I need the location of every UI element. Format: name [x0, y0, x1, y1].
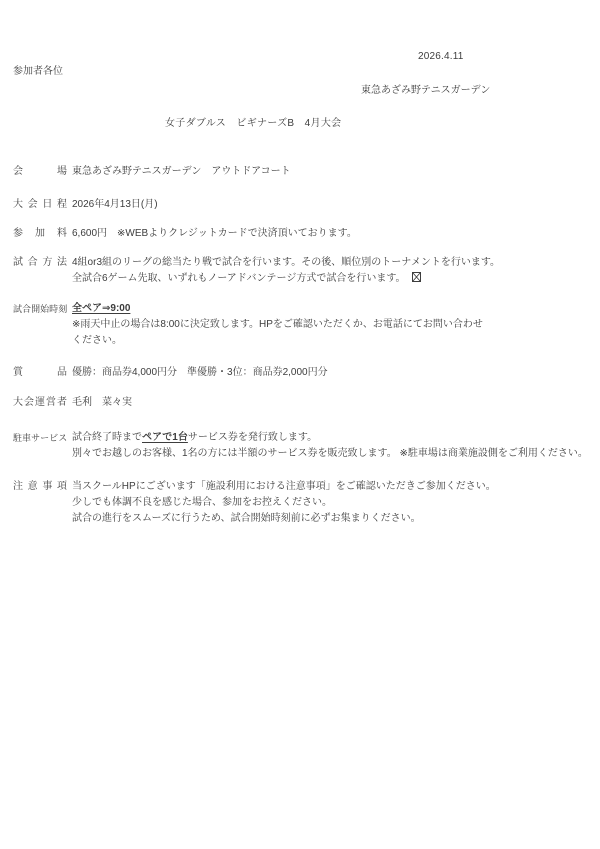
notes-line-2: 少しでも体調不良を感じた場合、参加をお控えください。	[72, 495, 496, 511]
field-value-notes: 当スクールHPにございます「施設利用における注意事項」をご確認いただきご参加くだ…	[72, 479, 496, 527]
parking-line-1: 試合終了時までペアで1台サービス券を発行致します。	[72, 430, 588, 446]
field-value-match-format: 4組or3組のリーグの総当たり戦で試合を行います。その後、順位別のトーナメントを…	[72, 255, 500, 288]
organization-name: 東急あざみ野テニスガーデン	[361, 84, 490, 98]
field-value-schedule: 2026年4月13日(月)	[72, 197, 158, 213]
parking-highlight: ペアで1台	[142, 432, 188, 443]
field-row-parking-service: 駐車サービス 試合終了時までペアで1台サービス券を発行致します。 別々でお越しの…	[13, 430, 588, 462]
field-value-entry-fee: 6,600円 ※WEBよりクレジットカードで決済頂いております。	[72, 226, 357, 242]
field-value-start-time: 全ペア⇒9:00 ※雨天中止の場合は8:00に決定致します。HPをご確認いただく…	[72, 301, 483, 349]
field-row-schedule: 大会日程 2026年4月13日(月)	[13, 197, 158, 213]
field-label-prizes: 賞品	[13, 365, 67, 381]
field-label-entry-fee: 参加料	[13, 226, 67, 242]
field-label-parking-service: 駐車サービス	[13, 430, 67, 446]
field-row-match-format: 試合方法 4組or3組のリーグの総当たり戦で試合を行います。その後、順位別のトー…	[13, 255, 500, 288]
field-row-organizer: 大会運営者 毛利 菜々実	[13, 395, 132, 411]
field-value-parking-service: 試合終了時までペアで1台サービス券を発行致します。 別々でお越しのお客様、1名の…	[72, 430, 588, 462]
start-time-note-line-2: ください。	[72, 333, 483, 349]
field-value-prizes: 優勝：商品券4,000円分 準優勝・3位：商品券2,000円分	[72, 365, 328, 381]
entry-fee-text: 6,600円 ※WEBよりクレジットカードで決済頂いております。	[72, 226, 357, 242]
match-format-line-2: 全試合6ゲーム先取、いずれもノーアドバンテージ方式で試合を行います。	[72, 271, 500, 288]
parking-line-2: 別々でお越しのお客様、1名の方には半額のサービス券を販売致します。 ※駐車場は商…	[72, 446, 588, 462]
missing-glyph-box-icon	[412, 272, 421, 288]
prizes-text: 優勝：商品券4,000円分 準優勝・3位：商品券2,000円分	[72, 365, 328, 381]
recipient-line: 参加者各位	[13, 65, 63, 79]
field-row-prizes: 賞品 優勝：商品券4,000円分 準優勝・3位：商品券2,000円分	[13, 365, 328, 381]
document-date: 2026.4.11	[418, 50, 464, 64]
field-label-venue: 会場	[13, 164, 67, 180]
start-time-note-line-1: ※雨天中止の場合は8:00に決定致します。HPをご確認いただくか、お電話にてお問…	[72, 317, 483, 333]
organizer-name: 毛利 菜々実	[72, 395, 132, 411]
field-value-organizer: 毛利 菜々実	[72, 395, 132, 411]
field-label-match-format: 試合方法	[13, 255, 67, 271]
field-value-venue: 東急あざみ野テニスガーデン アウトドアコート	[72, 164, 291, 180]
field-row-start-time: 試合開始時刻 全ペア⇒9:00 ※雨天中止の場合は8:00に決定致します。HPを…	[13, 301, 483, 349]
schedule-text: 2026年4月13日(月)	[72, 197, 158, 213]
field-row-entry-fee: 参加料 6,600円 ※WEBよりクレジットカードで決済頂いております。	[13, 226, 357, 242]
field-row-notes: 注意事項 当スクールHPにございます「施設利用における注意事項」をご確認いただき…	[13, 479, 496, 527]
field-row-venue: 会場 東急あざみ野テニスガーデン アウトドアコート	[13, 164, 291, 180]
field-label-notes: 注意事項	[13, 479, 67, 495]
start-time-highlight: 全ペア⇒9:00	[72, 301, 483, 317]
document-page: 2026.4.11 参加者各位 東急あざみ野テニスガーデン 女子ダブルス ビギナ…	[0, 0, 600, 849]
venue-text: 東急あざみ野テニスガーデン アウトドアコート	[72, 164, 291, 180]
notes-line-1: 当スクールHPにございます「施設利用における注意事項」をご確認いただきご参加くだ…	[72, 479, 496, 495]
match-format-line-1: 4組or3組のリーグの総当たり戦で試合を行います。その後、順位別のトーナメントを…	[72, 255, 500, 271]
field-label-organizer: 大会運営者	[13, 395, 67, 411]
field-label-schedule: 大会日程	[13, 197, 67, 213]
document-title: 女子ダブルス ビギナーズB 4月大会	[165, 117, 341, 131]
field-label-start-time: 試合開始時刻	[13, 301, 67, 317]
notes-line-3: 試合の進行をスムーズに行うため、試合開始時刻前に必ずお集まりください。	[72, 511, 496, 527]
